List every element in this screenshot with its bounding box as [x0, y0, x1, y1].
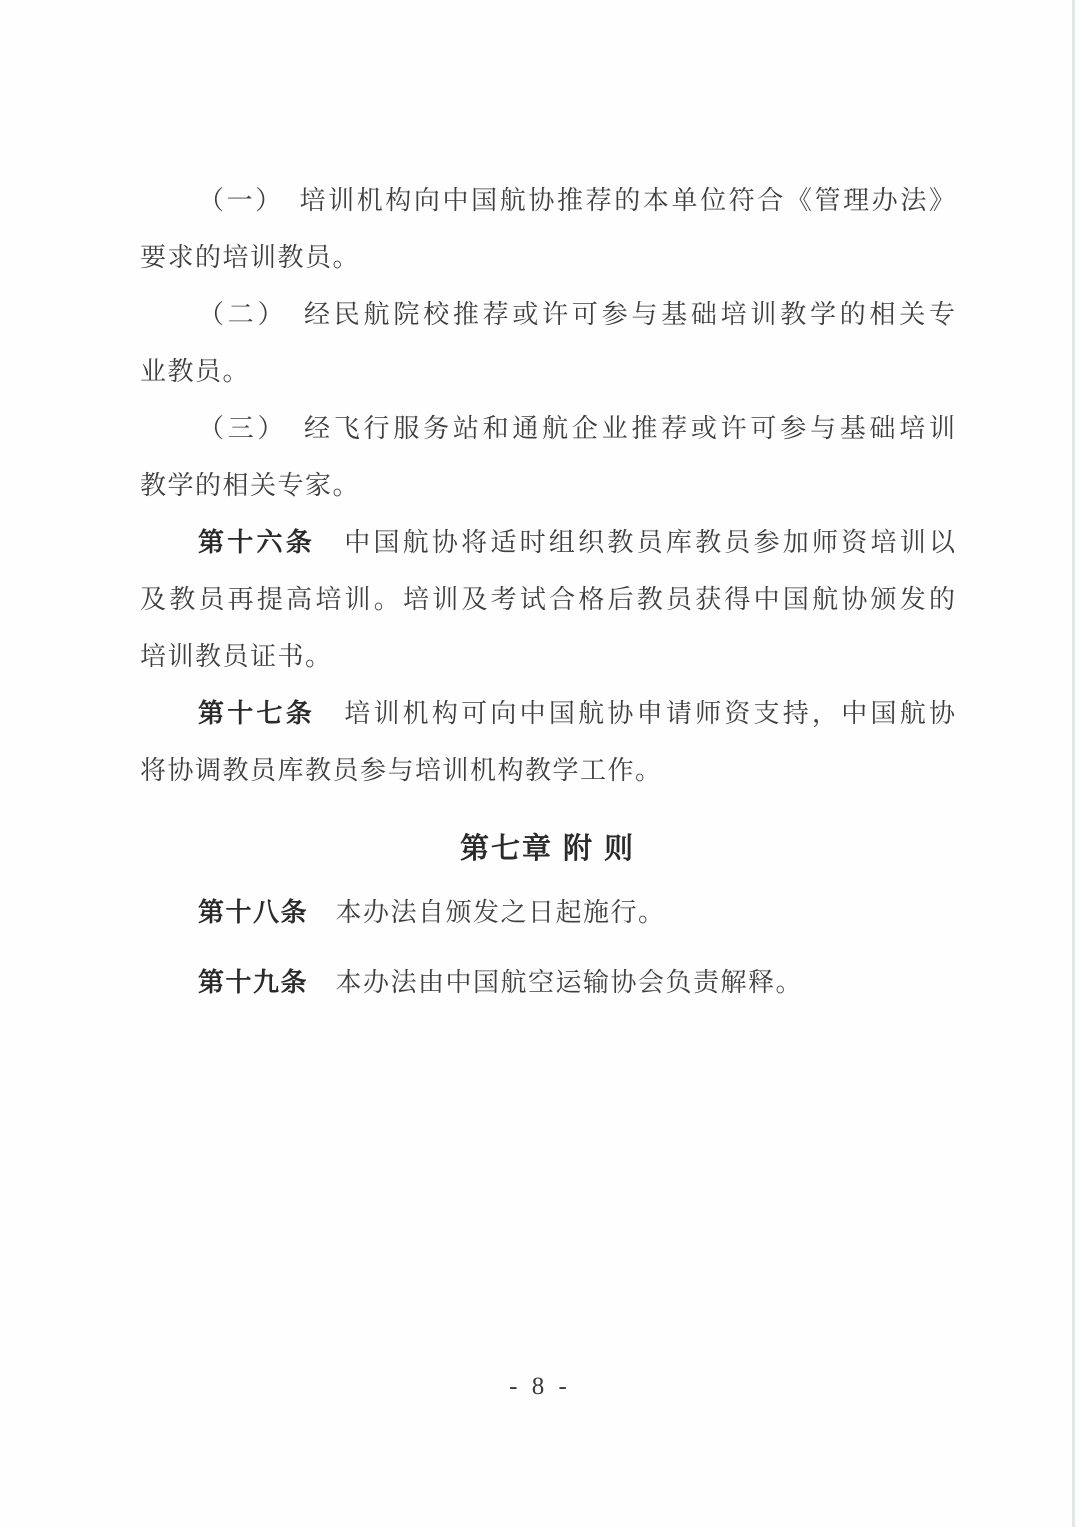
article-18-text: 本办法自颁发之日起施行。 — [308, 898, 666, 927]
article-17-number: 第十七条 — [198, 698, 315, 728]
clause-2-line-1: （二） 经民航院校推荐或许可参与基础培训教学的相关专 — [140, 286, 955, 343]
article-17-text: 培训机构可向中国航协申请师资支持，中国航协 — [315, 699, 955, 728]
article-16-text: 中国航协将适时组织教员库教员参加师资培训以 — [315, 528, 955, 557]
article-18-number: 第十八条 — [198, 897, 308, 927]
document-page: （一） 培训机构向中国航协推荐的本单位符合《管理办法》 要求的培训教员。 （二）… — [0, 0, 1080, 1527]
clause-1-line-1: （一） 培训机构向中国航协推荐的本单位符合《管理办法》 — [140, 172, 955, 229]
clause-1-line-2: 要求的培训教员。 — [140, 229, 955, 286]
article-19-text: 本办法由中国航空运输协会负责解释。 — [308, 968, 803, 997]
scan-edge-artifact — [1072, 0, 1075, 1527]
chapter-heading: 第七章 附 则 — [140, 821, 955, 878]
article-16-line-2: 及教员再提高培训。培训及考试合格后教员获得中国航协颁发的 — [140, 571, 955, 628]
clause-3-line-2: 教学的相关专家。 — [140, 457, 955, 514]
article-18-line: 第十八条 本办法自颁发之日起施行。 — [140, 884, 955, 941]
article-17-line-2: 将协调教员库教员参与培训机构教学工作。 — [140, 742, 955, 799]
article-16-line-3: 培训教员证书。 — [140, 628, 955, 685]
document-body: （一） 培训机构向中国航协推荐的本单位符合《管理办法》 要求的培训教员。 （二）… — [140, 172, 955, 1011]
article-19-number: 第十九条 — [198, 967, 308, 997]
clause-2-line-2: 业教员。 — [140, 343, 955, 400]
article-19-line: 第十九条 本办法由中国航空运输协会负责解释。 — [140, 954, 955, 1011]
article-16-number: 第十六条 — [198, 527, 315, 557]
clause-3-line-1: （三） 经飞行服务站和通航企业推荐或许可参与基础培训 — [140, 400, 955, 457]
article-16-line-1: 第十六条 中国航协将适时组织教员库教员参加师资培训以 — [140, 514, 955, 571]
page-number: - 8 - — [0, 1372, 1080, 1402]
article-17-line-1: 第十七条 培训机构可向中国航协申请师资支持，中国航协 — [140, 685, 955, 742]
